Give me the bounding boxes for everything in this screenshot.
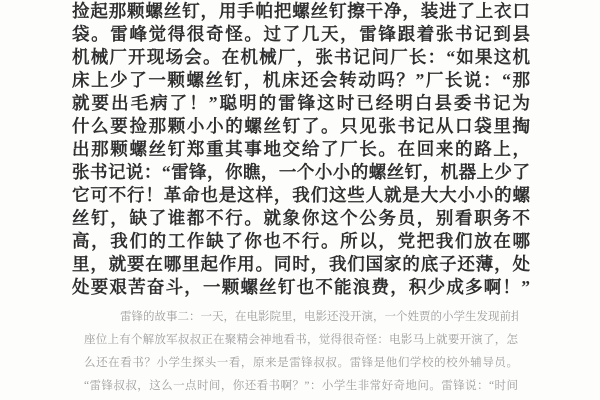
- story-one-line-6: 什么要捡那颗小小的螺丝钉了。只见张书记从口袋里掏: [72, 115, 530, 138]
- story-one-line-2: 袋。雷峰觉得很奇怪。过了几天，雷锋跟着张书记到县: [72, 23, 530, 46]
- story-one-line-8: 张书记说：“雷锋，你瞧，一个小小的螺丝钉，机器上少了: [72, 161, 530, 184]
- story-two-line-1: 雷锋的故事二：一天，在电影院里，电影还没开演，一个姓贾的小学生发现前排: [84, 306, 518, 329]
- story-two-line-3: 么还在看书？小学生探头一看，原来是雷锋叔叔。雷锋是他们学校的校外辅导员。: [84, 352, 518, 375]
- story-one-line-12: 里，就要在哪里起作用。同时，我们国家的底子还薄，处: [72, 253, 530, 276]
- story-one-line-3: 机械厂开现场会。在机械厂，张书记问厂长：“如果这机: [72, 46, 530, 69]
- story-two-line-2: 座位上有个解放军叔叔正在聚精会神地看书，觉得很奇怪：电影马上就要开演了，怎: [84, 329, 518, 352]
- story-one-paragraph: 捡起那颗螺丝钉，用手帕把螺丝钉擦干净，装进了上衣口 袋。雷峰觉得很奇怪。过了几天…: [72, 0, 530, 299]
- story-two-line-4: “雷锋叔叔，这么一点时间，你还看书啊？”：小学生非常好奇地问。雷锋说：“时间: [84, 375, 518, 398]
- story-two-paragraph: 雷锋的故事二：一天，在电影院里，电影还没开演，一个姓贾的小学生发现前排 座位上有…: [84, 306, 518, 398]
- story-one-line-13: 处要艰苦奋斗，一颗螺丝钉也不能浪费，积少成多啊！”: [72, 276, 530, 299]
- story-one-line-10: 丝钉，缺了谁都不行。就象你这个公务员，别看职务不: [72, 207, 530, 230]
- story-one-line-7: 出那颗螺丝钉郑重其事地交给了厂长。在回来的路上，: [72, 138, 530, 161]
- document-page: 捡起那颗螺丝钉，用手帕把螺丝钉擦干净，装进了上衣口 袋。雷峰觉得很奇怪。过了几天…: [0, 0, 600, 400]
- story-one-line-5: 就要出毛病了！”聪明的雷锋这时已经明白县委书记为: [72, 92, 530, 115]
- story-one-line-9: 它可不行！革命也是这样，我们这些人就是大大小小的螺: [72, 184, 530, 207]
- story-one-line-11: 高，我们的工作缺了你也不行。所以，党把我们放在哪: [72, 230, 530, 253]
- story-one-line-1: 捡起那颗螺丝钉，用手帕把螺丝钉擦干净，装进了上衣口: [72, 0, 530, 23]
- story-one-line-4: 床上少了一颗螺丝钉，机床还会转动吗？”厂长说：“那: [72, 69, 530, 92]
